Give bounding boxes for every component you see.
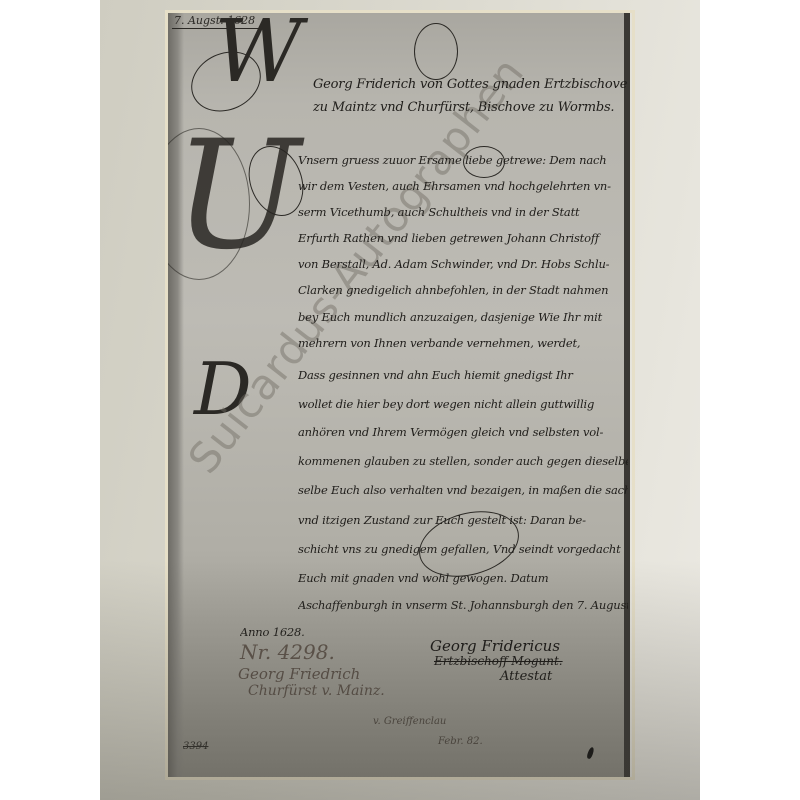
- text-line: serm Vicethumb, auch Schultheis vnd in d…: [298, 205, 628, 219]
- flourish-loop: [414, 23, 458, 80]
- text-line: mehrern von Ihnen verbande vernehmen, we…: [298, 336, 628, 350]
- text-line: von Berstall, Ad. Adam Schwinder, vnd Dr…: [298, 257, 628, 271]
- initial-w-flourish: W: [214, 13, 302, 95]
- text-line: wir dem Vesten, auch Ehrsamen vnd hochge…: [298, 179, 628, 193]
- text-line: selbe Euch also verhalten vnd bezaigen, …: [298, 483, 628, 497]
- text-line: kommenen glauben zu stellen, sonder auch…: [298, 454, 628, 468]
- text-line: Vnsern gruess zuuor Ersame liebe getrewe…: [298, 153, 628, 167]
- text-line: Dass gesinnen vnd ahn Euch hiemit gnedig…: [298, 368, 628, 382]
- text-line: vnd itzigen Zustand zur Euch gestelt ist…: [298, 513, 628, 527]
- text-line: Clarken gnedigelich ahnbefohlen, in der …: [298, 283, 628, 297]
- header-line: zu Maintz vnd Churfürst, Bischove zu Wor…: [313, 100, 630, 115]
- header-line: Georg Friderich von Gottes gnaden Ertzbi…: [313, 77, 630, 92]
- photo-background: 7. Augst. 1628 W U D Suicardus-Autograph…: [100, 0, 700, 800]
- text-line: wollet die hier bey dort wegen nicht all…: [298, 397, 628, 411]
- text-line: schicht vns zu gnedigem gefallen, Vnd se…: [298, 542, 628, 556]
- text-line: Erfurth Rathen vnd lieben getrewen Johan…: [298, 231, 628, 245]
- text-line: anhören vnd Ihrem Vermögen gleich vnd se…: [298, 425, 628, 439]
- text-line: bey Euch mundlich anzuzaigen, dasjenige …: [298, 310, 628, 324]
- initial-u-flourish: U: [174, 121, 300, 271]
- bottom-shadow: [100, 560, 700, 800]
